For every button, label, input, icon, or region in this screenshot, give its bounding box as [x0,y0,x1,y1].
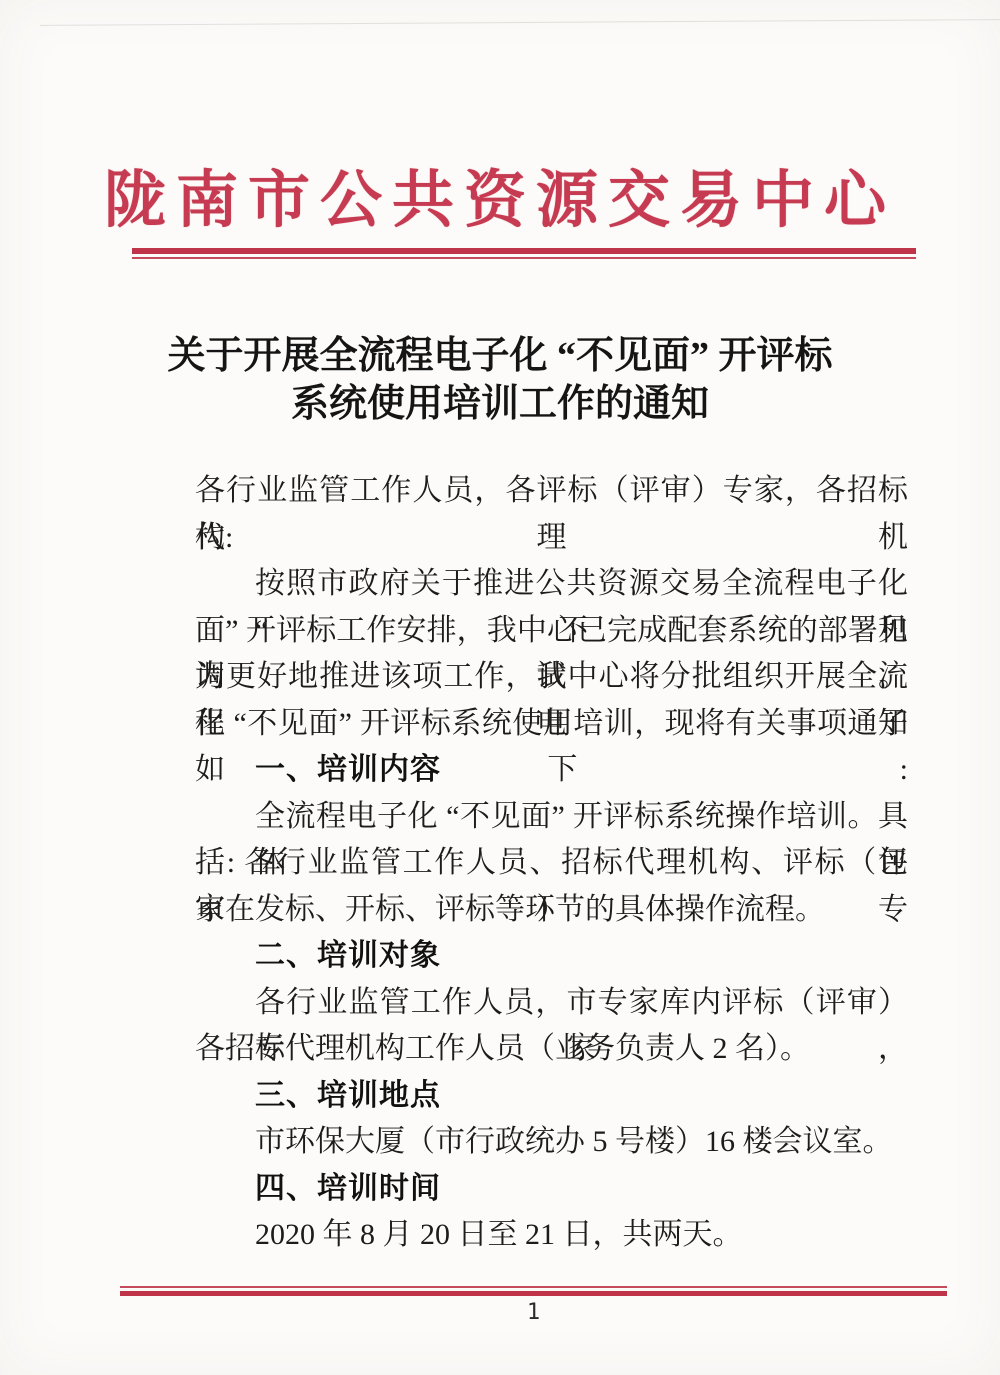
body-line-sec3-1: 市环保大厦（市行政统办 5 号楼）16 楼会议室。 [195,1119,908,1166]
body-line-para1-4: 化 “不见面” 开评标系统使用培训，现将有关事项通知如下: [195,701,908,748]
footer-rule [120,1286,947,1296]
body-line-sec2-1: 各行业监管工作人员，市专家库内评标（评审）专家， [195,980,908,1027]
body-line-sec4-1: 2020 年 8 月 20 日至 21 日，共两天。 [195,1212,908,1259]
document-title-line2: 系统使用培训工作的通知 [100,380,900,428]
scanned-document-page: 陇南市公共资源交易中心 关于开展全流程电子化 “不见面” 开评标 系统使用培训工… [0,0,1000,1375]
letterhead-rule [132,248,916,259]
section-heading-4: 四、培训时间 [195,1166,908,1213]
section-heading-2: 二、培训对象 [195,933,908,980]
body-line-para1-1: 按照市政府关于推进公共资源交易全流程电子化 “不见 [195,561,908,608]
body-line-para1-2: 面” 开评标工作安排，我中心已完成配套系统的部署和调试。 [195,608,908,655]
document-body: 各行业监管工作人员，各评标（评审）专家，各招标代理机 构: 按照市政府关于推进公… [195,468,908,1259]
document-title-line1: 关于开展全流程电子化 “不见面” 开评标 [100,332,900,380]
scan-paper-edge-artifact [40,19,1000,26]
letterhead-org-name: 陇南市公共资源交易中心 [0,150,1000,239]
body-line-sec1-2: 括: 各行业监管工作人员、招标代理机构、评标（评审）专 [195,840,908,887]
footer-rule-thick [120,1291,947,1296]
section-heading-3: 三、培训地点 [195,1073,908,1120]
letterhead-rule-thin [132,257,916,259]
document-title: 关于开展全流程电子化 “不见面” 开评标 系统使用培训工作的通知 [100,332,900,428]
body-line-sec2-2: 各招标代理机构工作人员（业务负责人 2 名）。 [195,1026,908,1073]
body-line-sec1-3: 家在发标、开标、评标等环节的具体操作流程。 [195,887,908,934]
body-line-sec1-1: 全流程电子化 “不见面” 开评标系统操作培训。具体包 [195,794,908,841]
page-number: 1 [120,1300,947,1325]
body-line-salutation-1: 各行业监管工作人员，各评标（评审）专家，各招标代理机 [195,468,908,515]
body-line-para1-3: 为更好地推进该项工作，我中心将分批组织开展全流程电子 [195,654,908,701]
